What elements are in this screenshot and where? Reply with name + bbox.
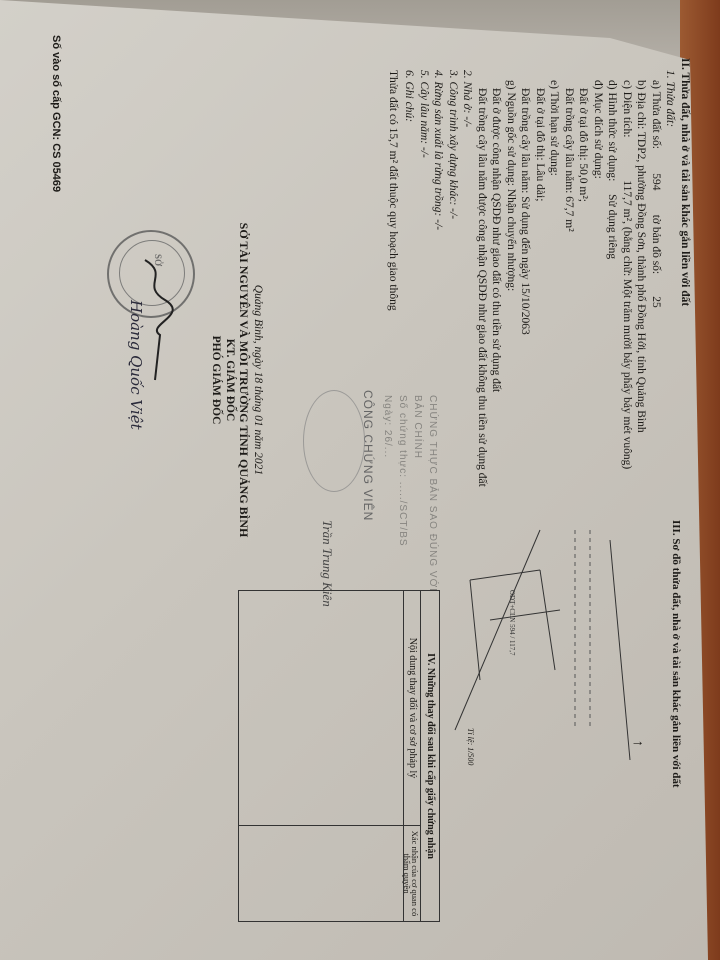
origin-label: g) Nguồn gốc sử dụng: Nhận chuyển nhượng… — [504, 58, 519, 488]
parcel-diagram: ODT+CLN 594 / 117,7 — [430, 500, 650, 800]
signature-block: Quảng Bình, ngày 18 tháng 01 năm 2021 SỞ… — [209, 215, 265, 545]
changes-table: IV. Những thay đổi sau khi cấp giấy chứn… — [238, 590, 440, 922]
parcel-number-row: a) Thửa đất số: 594 tờ bản đồ số: 25 — [649, 58, 664, 488]
scale-label: Tỉ lệ: 1/500 — [466, 728, 475, 765]
section-iv-title: IV. Những thay đổi sau khi cấp giấy chứn… — [420, 591, 439, 921]
issuing-organization: SỞ TÀI NGUYÊN VÀ MÔI TRƯỜNG TỈNH QUẢNG B… — [237, 215, 251, 545]
registration-number: Số vào sổ cấp GCN: CS 05469 — [50, 35, 62, 192]
place-date: Quảng Bình, ngày 18 tháng 01 năm 2021 — [251, 215, 265, 545]
purpose-perennial: Đất trồng cây lâu năm: 67,7 m² — [562, 58, 577, 488]
origin-line-1: Đất ở được công nhận QSDĐ như giao đất c… — [489, 58, 504, 488]
changes-column-header: Nội dung thay đổi và cơ sở pháp lý — [404, 591, 420, 826]
area-label: c) Diện tích: — [621, 80, 633, 137]
authority-cell — [239, 826, 403, 921]
section-iii-title: III. Sơ đồ thửa đất, nhà ở và tài sản kh… — [670, 520, 682, 788]
house-item: 2. Nhà ở: -/- — [460, 58, 475, 488]
map-sheet-value: 25 — [649, 277, 664, 327]
use-form-value: Sử dụng riêng — [607, 184, 619, 259]
construction-item: 3. Công trình xây dựng khác: -/- — [446, 58, 461, 488]
address-row: b) Địa chỉ: TDP2, phường Đồng Sơn, thành… — [634, 58, 649, 488]
on-behalf-label: KT. GIÁM ĐỐC — [223, 215, 237, 545]
authority-column-header: Xác nhận của cơ quan có thẩm quyền — [404, 826, 420, 921]
parcel-no-label: a) Thửa đất số: — [650, 80, 662, 149]
term-urban: Đất ở tại đô thị: Lâu dài; — [533, 58, 548, 488]
section-ii-title: II. Thửa đất, nhà ở và tài sản khác gắn … — [678, 58, 693, 488]
origin-line-2: Đất trồng cây lâu năm được công nhận QSD… — [475, 58, 490, 488]
address-label: b) Địa chỉ: — [636, 80, 648, 129]
rotated-document: II. Thửa đất, nhà ở và tài sản khác gắn … — [0, 0, 720, 960]
notary-line-3: Ngày: 26/... — [380, 395, 395, 615]
signer-position: PHÓ GIÁM ĐỐC — [209, 215, 223, 545]
area-row: c) Diện tích: 117,7 m², (bằng chữ: Một t… — [620, 58, 635, 488]
north-arrow-icon: ↑ — [629, 740, 645, 747]
purpose-label: đ) Mục đích sử dụng: — [591, 58, 606, 488]
purpose-urban: Đất ở tại đô thị: 50,0 m²; — [576, 58, 591, 488]
parcel-heading: 1. Thửa đất: — [663, 58, 678, 488]
changes-cell — [239, 591, 403, 826]
area-value: 117,7 m², (bằng chữ: Một trăm mười bảy p… — [621, 140, 633, 469]
notary-seal-icon — [303, 390, 365, 492]
address-value: TDP2, phường Đồng Sơn, thành phố Đồng Hớ… — [636, 132, 648, 433]
use-form-row: d) Hình thức sử dụng: Sử dụng riêng — [605, 58, 620, 488]
use-form-label: d) Hình thức sử dụng: — [607, 80, 619, 181]
notary-line-2: Số chứng thực: ...../SCT/BS — [395, 395, 410, 615]
map-sheet-label: tờ bản đồ số: — [650, 215, 662, 274]
signer-name: Hoàng Quốc Việt — [127, 300, 145, 430]
term-label: e) Thời hạn sử dụng: — [547, 58, 562, 488]
term-perennial: Đất trồng cây lâu năm: Sử dụng đến ngày … — [518, 58, 533, 488]
svg-text:ODT+CLN 594 / 117,7: ODT+CLN 594 / 117,7 — [508, 590, 516, 656]
parcel-no-value: 594 — [649, 152, 664, 212]
